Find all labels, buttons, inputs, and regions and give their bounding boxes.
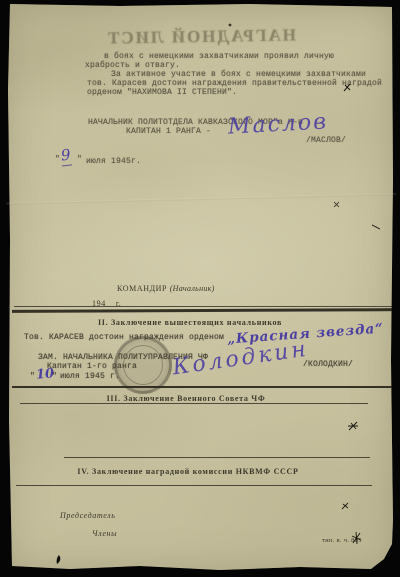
date2-quote-close: " (52, 372, 57, 381)
date2-month-year: июля 1945 г. (60, 372, 120, 381)
citation-line: орденом "НАХИМОВА II СТЕПЕНИ". (87, 88, 237, 97)
chairman-label: Председатель (60, 511, 115, 520)
commander-label-caps: КОМАНДИР (117, 284, 167, 293)
form-rule (14, 306, 392, 307)
ink-speck (343, 83, 352, 92)
section4-title: IV. Заключение наградной комиссии НКВМФ … (0, 467, 388, 476)
section-divider-rule (12, 386, 392, 388)
date2-quote-open: " (30, 372, 35, 381)
section3-title: III. Заключение Военного Совета ЧФ (0, 394, 386, 403)
date1-quote-open: " (55, 155, 60, 164)
commander-label: КОМАНДИР (Начальник) (117, 284, 215, 293)
citation-line: За активное участие в боях с немецкими з… (111, 70, 366, 79)
date1-day-handwritten: 9 (60, 146, 72, 167)
date1-quote-close: " (77, 155, 82, 164)
conclusion-line: Тов. КАРАСЕВ достоин награждения орденом (24, 333, 224, 342)
signatory1-rank: КАПИТАН 1 РАНГА - (126, 127, 211, 136)
signatory2-name-typed: /КОЛОДКИН/ (303, 360, 353, 369)
citation-line: тов. Карасев достоин награждения правите… (87, 79, 382, 88)
ink-speck (351, 532, 362, 544)
citation-line: в боях с немецкими захватчиками проявил … (104, 52, 334, 61)
ink-speck (333, 201, 340, 208)
date1-month-year: июля 1945г. (86, 157, 141, 166)
form-rule (20, 403, 368, 404)
form-rule (16, 485, 372, 486)
ghost-letterhead-text: НАГРАДНОЙ ЛИСТ (95, 25, 307, 49)
members-label: Члены (92, 529, 117, 538)
ink-speck (228, 23, 232, 27)
scanned-document-page: НАГРАДНОЙ ЛИСТ в боях с немецкими захват… (0, 0, 400, 577)
ink-blot (55, 555, 62, 565)
signatory1-name-typed: /МАСЛОВ/ (306, 136, 346, 145)
form-rule (64, 457, 370, 458)
ink-speck (348, 421, 358, 431)
ink-speck (341, 502, 349, 510)
commander-label-italic: (Начальник) (170, 284, 215, 293)
citation-line: храбрость и отвагу. (85, 61, 180, 70)
ink-speck (372, 224, 380, 230)
